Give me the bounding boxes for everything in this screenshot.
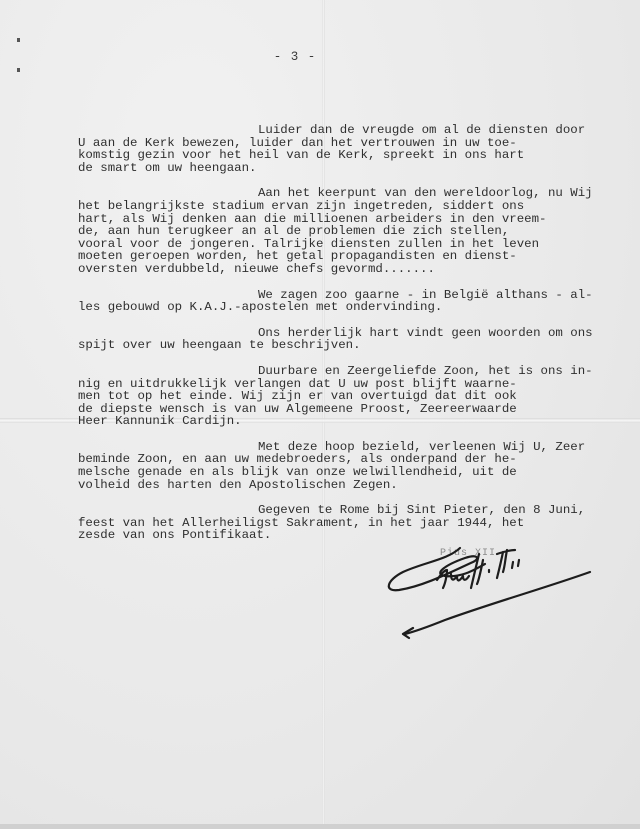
text-line: oversten verdubbeld, nieuwe chefs gevorm… [78,263,608,276]
page-bottom-edge [0,824,640,829]
letter-paragraph: Luider dan de vreugde om al de diensten … [78,124,608,174]
letter-paragraph: Met deze hoop bezield, verleenen Wij U, … [78,441,608,491]
text-line: het belangrijkste stadium ervan zijn ing… [78,200,608,213]
text-line: spijt over uw heengaan te beschrijven. [78,339,608,352]
handwritten-signature: Pius PP. XII [385,540,595,640]
letter-paragraph: We zagen zoo gaarne - in België althans … [78,289,608,314]
page-number: - 3 - [0,50,590,64]
letter-paragraph: Gegeven te Rome bij Sint Pieter, den 8 J… [78,504,608,542]
text-line: men tot op het einde. Wij zijn er van ov… [78,390,608,403]
letter-body: Luider dan de vreugde om al de diensten … [78,124,608,555]
text-line: de smart om uw heengaan. [78,162,608,175]
text-line: Luider dan de vreugde om al de diensten … [258,123,585,137]
text-line: de, aan hun terugkeer an al de problemen… [78,225,608,238]
letter-paragraph: Duurbare en Zeergeliefde Zoon, het is on… [78,365,608,428]
punch-hole-mark [17,38,20,42]
text-line: les gebouwd op K.A.J.-apostelen met onde… [78,301,608,314]
letter-paragraph: Ons herderlijk hart vindt geen woorden o… [78,327,608,352]
text-line: komstig gezin voor het heil van de Kerk,… [78,149,608,162]
text-line: melsche genade en als blijk van onze wel… [78,466,608,479]
punch-hole-mark [17,68,20,72]
letter-paragraph: Aan het keerpunt van den wereldoorlog, n… [78,187,608,275]
text-line: Heer Kannunik Cardijn. [78,415,608,428]
letter-page: - 3 - Luider dan de vreugde om al de die… [0,0,640,829]
text-line: volheid des harten den Apostolischen Zeg… [78,479,608,492]
text-line: Duurbare en Zeergeliefde Zoon, het is on… [258,364,593,378]
